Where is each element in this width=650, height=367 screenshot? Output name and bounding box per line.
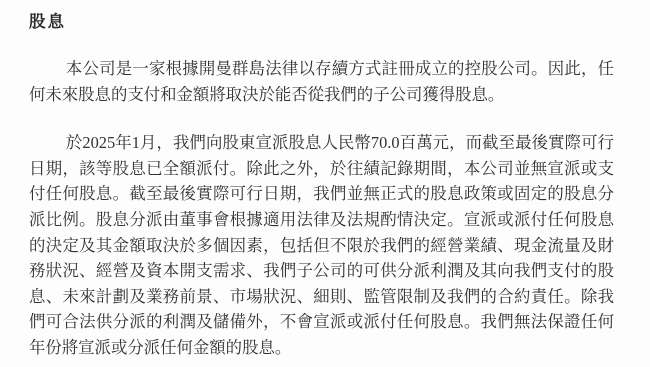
page-title: 股息 <box>29 11 614 33</box>
paragraph-holding-company: 本公司是一家根據開曼群島法律以存續方式註冊成立的控股公司。因此，任何未來股息的支… <box>29 56 614 107</box>
document-page: 股息 本公司是一家根據開曼群島法律以存續方式註冊成立的控股公司。因此，任何未來股… <box>0 0 650 367</box>
paragraph-dividend-policy: 於2025年1月，我們向股東宣派股息人民幣70.0百萬元，而截至最後實際可行日期… <box>29 130 614 360</box>
